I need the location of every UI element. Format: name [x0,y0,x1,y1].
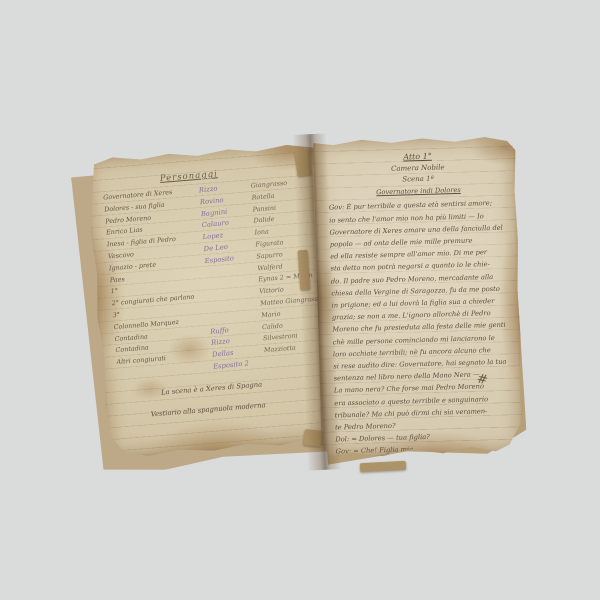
cast-name-pencil: Giangrasso [250,177,310,190]
cast-name-ink: Rizzo [199,181,252,194]
bottom-fray-scrap [360,461,406,472]
right-page-content: Atto 1° Camera Nobile Scena 1ª Governato… [313,134,524,458]
cast-name-ink [208,293,260,298]
photo-backdrop: Personaggi Governatore di Xeres Rizzo Gi… [0,0,600,600]
scene-location-note: La scena è a Xeres di Spagna [161,375,327,396]
costume-note: Vestiario alla spagnuola moderna [150,396,328,418]
cast-role-label [118,368,214,376]
cast-list: Governatore di Xeres Rizzo Giangrasso Do… [103,177,325,382]
cast-name-ink [209,305,261,310]
spine-fray-scrap [303,429,323,447]
left-page: Personaggi Governatore di Xeres Rizzo Gi… [84,139,343,459]
cast-name-ink [210,317,262,322]
dialogue-text: Gov: È pur terribile a questa età sentir… [329,197,516,458]
cast-name-ink [206,270,258,275]
cast-name-ink [207,281,259,286]
cast-name-pencil [265,359,325,364]
right-page: Atto 1° Camera Nobile Scena 1ª Governato… [313,134,524,458]
left-page-content: Personaggi Governatore di Xeres Rizzo Gi… [84,139,343,459]
